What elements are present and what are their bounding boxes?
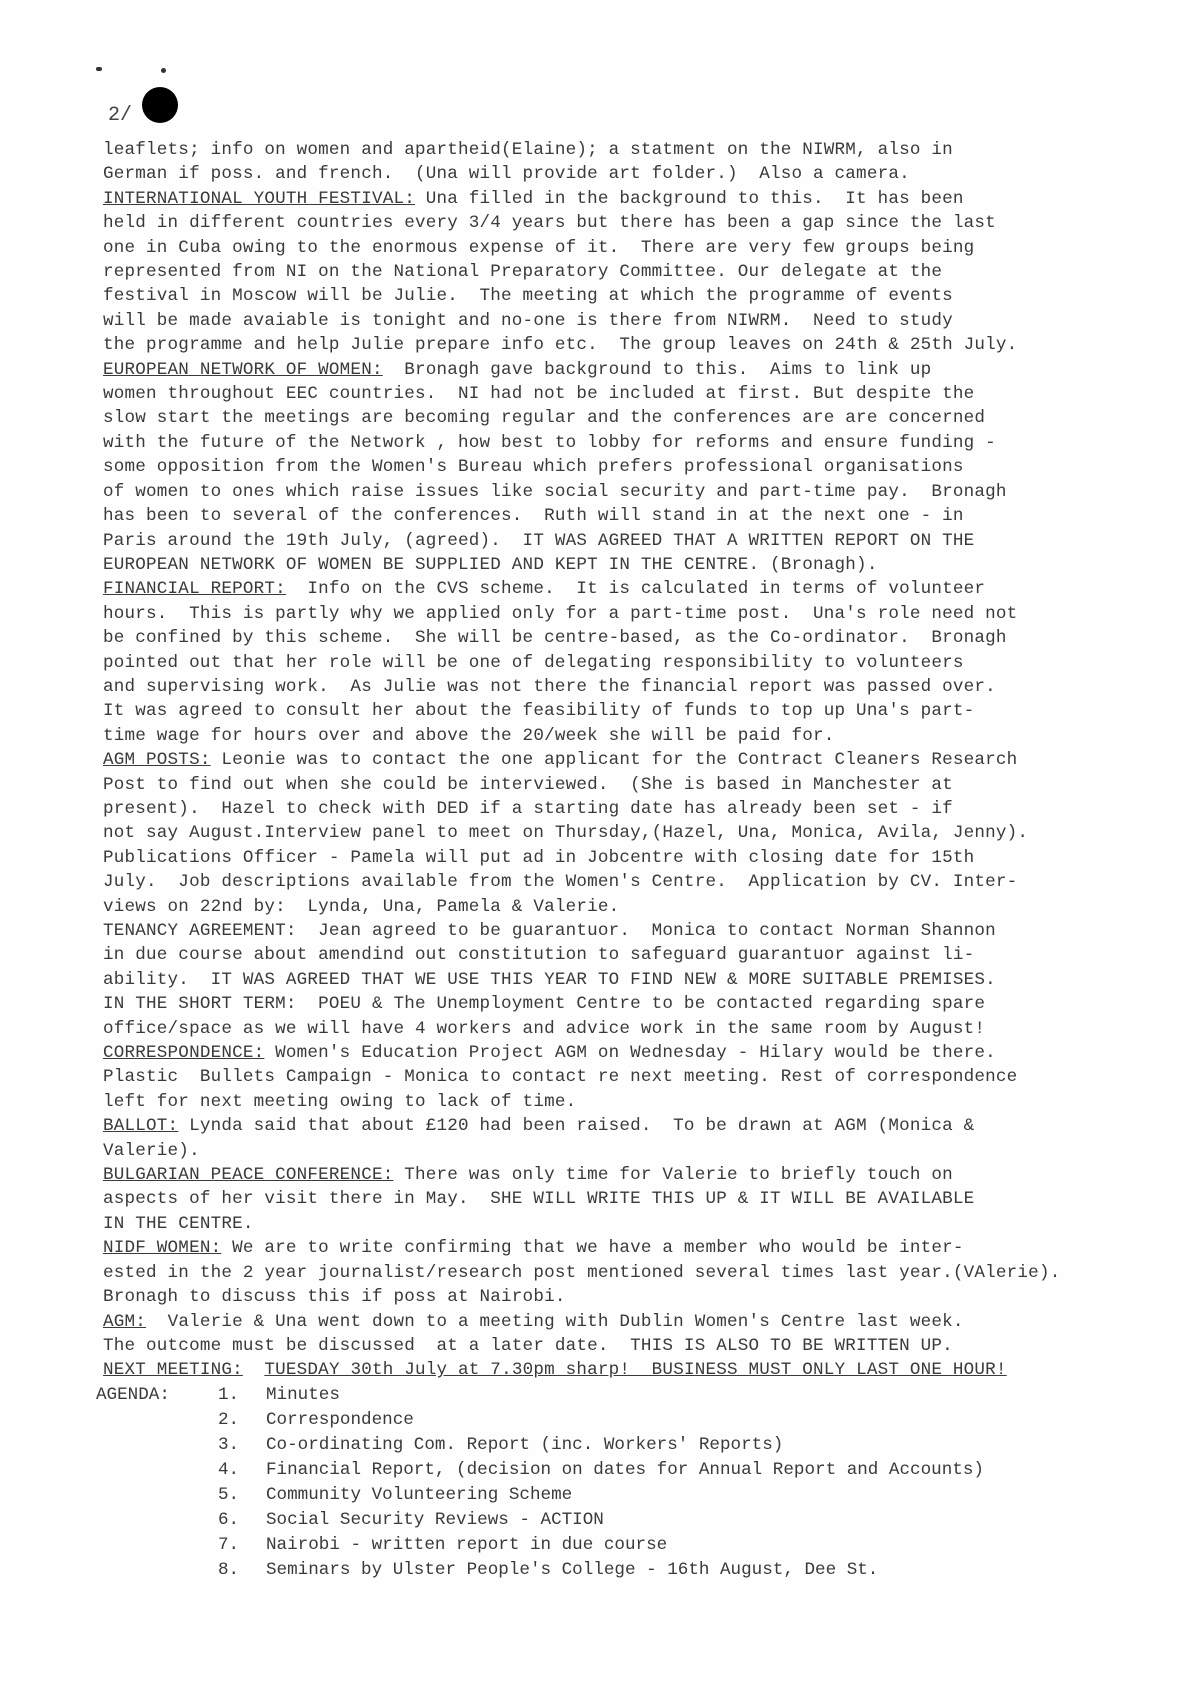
- line-text: Plastic Bullets Campaign - Monica to con…: [103, 1067, 1017, 1087]
- text-line: IN THE SHORT TERM: POEU & The Unemployme…: [103, 992, 1143, 1016]
- line-text: ability. IT WAS AGREED THAT WE USE THIS …: [103, 970, 996, 990]
- text-line: FINANCIAL REPORT: Info on the CVS scheme…: [103, 577, 1143, 601]
- line-text: present). Hazel to check with DED if a s…: [103, 799, 953, 819]
- next-meeting-details: TUESDAY 30th July at 7.30pm sharp! BUSIN…: [264, 1360, 1006, 1380]
- agenda-list: 1.Minutes2.Correspondence3.Co-ordinating…: [218, 1383, 984, 1583]
- line-text: time wage for hours over and above the 2…: [103, 726, 835, 746]
- section-heading: TENANCY AGREEMENT:: [103, 921, 297, 941]
- agenda-item-text: Co-ordinating Com. Report (inc. Workers'…: [266, 1435, 783, 1455]
- agenda-label: AGENDA:: [96, 1383, 170, 1408]
- text-line: NIDF WOMEN: We are to write confirming t…: [103, 1236, 1143, 1260]
- agenda-item-number: 2.: [218, 1408, 266, 1433]
- line-text: hours. This is partly why we applied onl…: [103, 604, 1017, 624]
- line-text: pointed out that her role will be one of…: [103, 653, 964, 673]
- agenda-item-text: Minutes: [266, 1385, 340, 1405]
- text-line: Bronagh to discuss this if poss at Nairo…: [103, 1285, 1143, 1309]
- text-line: women throughout EEC countries. NI had n…: [103, 382, 1143, 406]
- text-line: BULGARIAN PEACE CONFERENCE: There was on…: [103, 1163, 1143, 1187]
- agenda-item-number: 4.: [218, 1458, 266, 1483]
- section-heading: INTERNATIONAL YOUTH FESTIVAL:: [103, 189, 415, 209]
- line-text: Bronagh to discuss this if poss at Nairo…: [103, 1287, 566, 1307]
- line-text: Valerie & Una went down to a meeting wit…: [146, 1312, 964, 1332]
- agenda-item-number: 8.: [218, 1558, 266, 1583]
- line-text: of women to ones which raise issues like…: [103, 482, 1007, 502]
- line-text: Info on the CVS scheme. It is calculated…: [286, 579, 985, 599]
- text-line: ability. IT WAS AGREED THAT WE USE THIS …: [103, 968, 1143, 992]
- text-line: ested in the 2 year journalist/research …: [103, 1261, 1143, 1285]
- line-text: We are to write confirming that we have …: [221, 1238, 963, 1258]
- line-text: left for next meeting owing to lack of t…: [103, 1092, 576, 1112]
- agenda-item: 4.Financial Report, (decision on dates f…: [218, 1458, 984, 1483]
- text-line: be confined by this scheme. She will be …: [103, 626, 1143, 650]
- agenda-item-text: Social Security Reviews - ACTION: [266, 1510, 604, 1530]
- text-line: Valerie).: [103, 1139, 1143, 1163]
- section-heading: BULGARIAN PEACE CONFERENCE:: [103, 1165, 393, 1185]
- line-text: with the future of the Network , how bes…: [103, 433, 996, 453]
- line-text: in due course about amendind out constit…: [103, 945, 974, 965]
- text-line: pointed out that her role will be one of…: [103, 651, 1143, 675]
- agenda-item-number: 3.: [218, 1433, 266, 1458]
- text-line: German if poss. and french. (Una will pr…: [103, 162, 1143, 186]
- text-line: AGM POSTS: Leonie was to contact the one…: [103, 748, 1143, 772]
- text-line: will be made avaiable is tonight and no-…: [103, 309, 1143, 333]
- agenda-item-text: Community Volunteering Scheme: [266, 1485, 572, 1505]
- agenda-item: 5.Community Volunteering Scheme: [218, 1483, 984, 1508]
- line-text: has been to several of the conferences. …: [103, 506, 964, 526]
- section-heading: AGM POSTS:: [103, 750, 211, 770]
- line-text: Valerie).: [103, 1141, 200, 1161]
- line-text: German if poss. and french. (Una will pr…: [103, 164, 910, 184]
- line-text: some opposition from the Women's Bureau …: [103, 457, 964, 477]
- section-heading: AGM:: [103, 1312, 146, 1332]
- scan-speck: [161, 68, 166, 73]
- line-text: The outcome must be discussed at a later…: [103, 1336, 953, 1356]
- line-text: be confined by this scheme. She will be …: [103, 628, 1007, 648]
- agenda-item-text: Nairobi - written report in due course: [266, 1535, 667, 1555]
- text-line: aspects of her visit there in May. SHE W…: [103, 1187, 1143, 1211]
- line-text: ested in the 2 year journalist/research …: [103, 1263, 1060, 1283]
- line-text: slow start the meetings are becoming reg…: [103, 408, 985, 428]
- agenda-item: 7.Nairobi - written report in due course: [218, 1533, 984, 1558]
- section-heading: CORRESPONDENCE:: [103, 1043, 264, 1063]
- agenda-item: 8.Seminars by Ulster People's College - …: [218, 1558, 984, 1583]
- line-text: Jean agreed to be guarantuor. Monica to …: [297, 921, 996, 941]
- minutes-body: leaflets; info on women and apartheid(El…: [103, 138, 1143, 1383]
- text-line: Publications Officer - Pamela will put a…: [103, 846, 1143, 870]
- line-text: held in different countries every 3/4 ye…: [103, 213, 996, 233]
- section-heading: FINANCIAL REPORT:: [103, 579, 286, 599]
- line-text: [243, 1360, 265, 1380]
- line-text: It was agreed to consult her about the f…: [103, 701, 974, 721]
- text-line: INTERNATIONAL YOUTH FESTIVAL: Una filled…: [103, 187, 1143, 211]
- line-text: IN THE SHORT TERM: POEU & The Unemployme…: [103, 994, 985, 1014]
- line-text: Bronagh gave background to this. Aims to…: [383, 360, 932, 380]
- text-line: office/space as we will have 4 workers a…: [103, 1017, 1143, 1041]
- line-text: Women's Education Project AGM on Wednesd…: [264, 1043, 996, 1063]
- text-line: hours. This is partly why we applied onl…: [103, 602, 1143, 626]
- section-heading: BALLOT:: [103, 1116, 178, 1136]
- agenda-item: 3.Co-ordinating Com. Report (inc. Worker…: [218, 1433, 984, 1458]
- agenda-item: 6.Social Security Reviews - ACTION: [218, 1508, 984, 1533]
- text-line: time wage for hours over and above the 2…: [103, 724, 1143, 748]
- line-text: will be made avaiable is tonight and no-…: [103, 311, 953, 331]
- text-line: one in Cuba owing to the enormous expens…: [103, 236, 1143, 260]
- text-line: Plastic Bullets Campaign - Monica to con…: [103, 1065, 1143, 1089]
- section-heading: NEXT MEETING:: [103, 1360, 243, 1380]
- text-line: Paris around the 19th July, (agreed). IT…: [103, 529, 1143, 553]
- text-line: present). Hazel to check with DED if a s…: [103, 797, 1143, 821]
- text-line: of women to ones which raise issues like…: [103, 480, 1143, 504]
- text-line: EUROPEAN NETWORK OF WOMEN: Bronagh gave …: [103, 358, 1143, 382]
- scan-speck: [96, 67, 102, 71]
- text-line: and supervising work. As Julie was not t…: [103, 675, 1143, 699]
- text-line: TENANCY AGREEMENT: Jean agreed to be gua…: [103, 919, 1143, 943]
- text-line: Post to find out when she could be inter…: [103, 773, 1143, 797]
- line-text: Una filled in the background to this. It…: [415, 189, 964, 209]
- agenda-item-number: 5.: [218, 1483, 266, 1508]
- agenda-item-text: Financial Report, (decision on dates for…: [266, 1460, 984, 1480]
- line-text: office/space as we will have 4 workers a…: [103, 1019, 985, 1039]
- text-line: views on 22nd by: Lynda, Una, Pamela & V…: [103, 895, 1143, 919]
- line-text: views on 22nd by: Lynda, Una, Pamela & V…: [103, 897, 619, 917]
- page-number: 2/: [108, 104, 132, 127]
- text-line: IN THE CENTRE.: [103, 1212, 1143, 1236]
- text-line: some opposition from the Women's Bureau …: [103, 455, 1143, 479]
- line-text: represented from NI on the National Prep…: [103, 262, 942, 282]
- line-text: There was only time for Valerie to brief…: [393, 1165, 952, 1185]
- line-text: Publications Officer - Pamela will put a…: [103, 848, 974, 868]
- text-line: with the future of the Network , how bes…: [103, 431, 1143, 455]
- text-line: July. Job descriptions available from th…: [103, 870, 1143, 894]
- text-line: festival in Moscow will be Julie. The me…: [103, 284, 1143, 308]
- line-text: and supervising work. As Julie was not t…: [103, 677, 996, 697]
- text-line: the programme and help Julie prepare inf…: [103, 333, 1143, 357]
- text-line: has been to several of the conferences. …: [103, 504, 1143, 528]
- text-line: It was agreed to consult her about the f…: [103, 699, 1143, 723]
- line-text: Post to find out when she could be inter…: [103, 775, 953, 795]
- text-line: slow start the meetings are becoming reg…: [103, 406, 1143, 430]
- line-text: the programme and help Julie prepare inf…: [103, 335, 1017, 355]
- text-line: held in different countries every 3/4 ye…: [103, 211, 1143, 235]
- text-line: in due course about amendind out constit…: [103, 943, 1143, 967]
- text-line: not say August.Interview panel to meet o…: [103, 821, 1143, 845]
- text-line: EUROPEAN NETWORK OF WOMEN BE SUPPLIED AN…: [103, 553, 1143, 577]
- agenda-item-number: 7.: [218, 1533, 266, 1558]
- agenda-item-number: 6.: [218, 1508, 266, 1533]
- text-line: represented from NI on the National Prep…: [103, 260, 1143, 284]
- line-text: Paris around the 19th July, (agreed). IT…: [103, 531, 974, 551]
- line-text: EUROPEAN NETWORK OF WOMEN BE SUPPLIED AN…: [103, 555, 878, 575]
- text-line: AGM: Valerie & Una went down to a meetin…: [103, 1310, 1143, 1334]
- text-line: The outcome must be discussed at a later…: [103, 1334, 1143, 1358]
- line-text: one in Cuba owing to the enormous expens…: [103, 238, 974, 258]
- agenda-item-number: 1.: [218, 1383, 266, 1408]
- line-text: women throughout EEC countries. NI had n…: [103, 384, 974, 404]
- agenda-item-text: Correspondence: [266, 1410, 414, 1430]
- agenda-item-text: Seminars by Ulster People's College - 16…: [266, 1560, 878, 1580]
- line-text: Lynda said that about £120 had been rais…: [178, 1116, 974, 1136]
- agenda-item: 1.Minutes: [218, 1383, 984, 1408]
- text-line: CORRESPONDENCE: Women's Education Projec…: [103, 1041, 1143, 1065]
- section-heading: EUROPEAN NETWORK OF WOMEN:: [103, 360, 383, 380]
- line-text: Leonie was to contact the one applicant …: [211, 750, 1018, 770]
- line-text: July. Job descriptions available from th…: [103, 872, 1017, 892]
- line-text: festival in Moscow will be Julie. The me…: [103, 286, 953, 306]
- line-text: aspects of her visit there in May. SHE W…: [103, 1189, 974, 1209]
- section-heading: NIDF WOMEN:: [103, 1238, 221, 1258]
- document-page: 2/ leaflets; info on women and apartheid…: [0, 0, 1200, 1686]
- agenda-item: 2.Correspondence: [218, 1408, 984, 1433]
- text-line: BALLOT: Lynda said that about £120 had b…: [103, 1114, 1143, 1138]
- punch-hole-mark: [142, 87, 178, 123]
- line-text: IN THE CENTRE.: [103, 1214, 254, 1234]
- text-line: leaflets; info on women and apartheid(El…: [103, 138, 1143, 162]
- text-line: NEXT MEETING: TUESDAY 30th July at 7.30p…: [103, 1358, 1143, 1382]
- line-text: leaflets; info on women and apartheid(El…: [103, 140, 953, 160]
- line-text: not say August.Interview panel to meet o…: [103, 823, 1028, 843]
- text-line: left for next meeting owing to lack of t…: [103, 1090, 1143, 1114]
